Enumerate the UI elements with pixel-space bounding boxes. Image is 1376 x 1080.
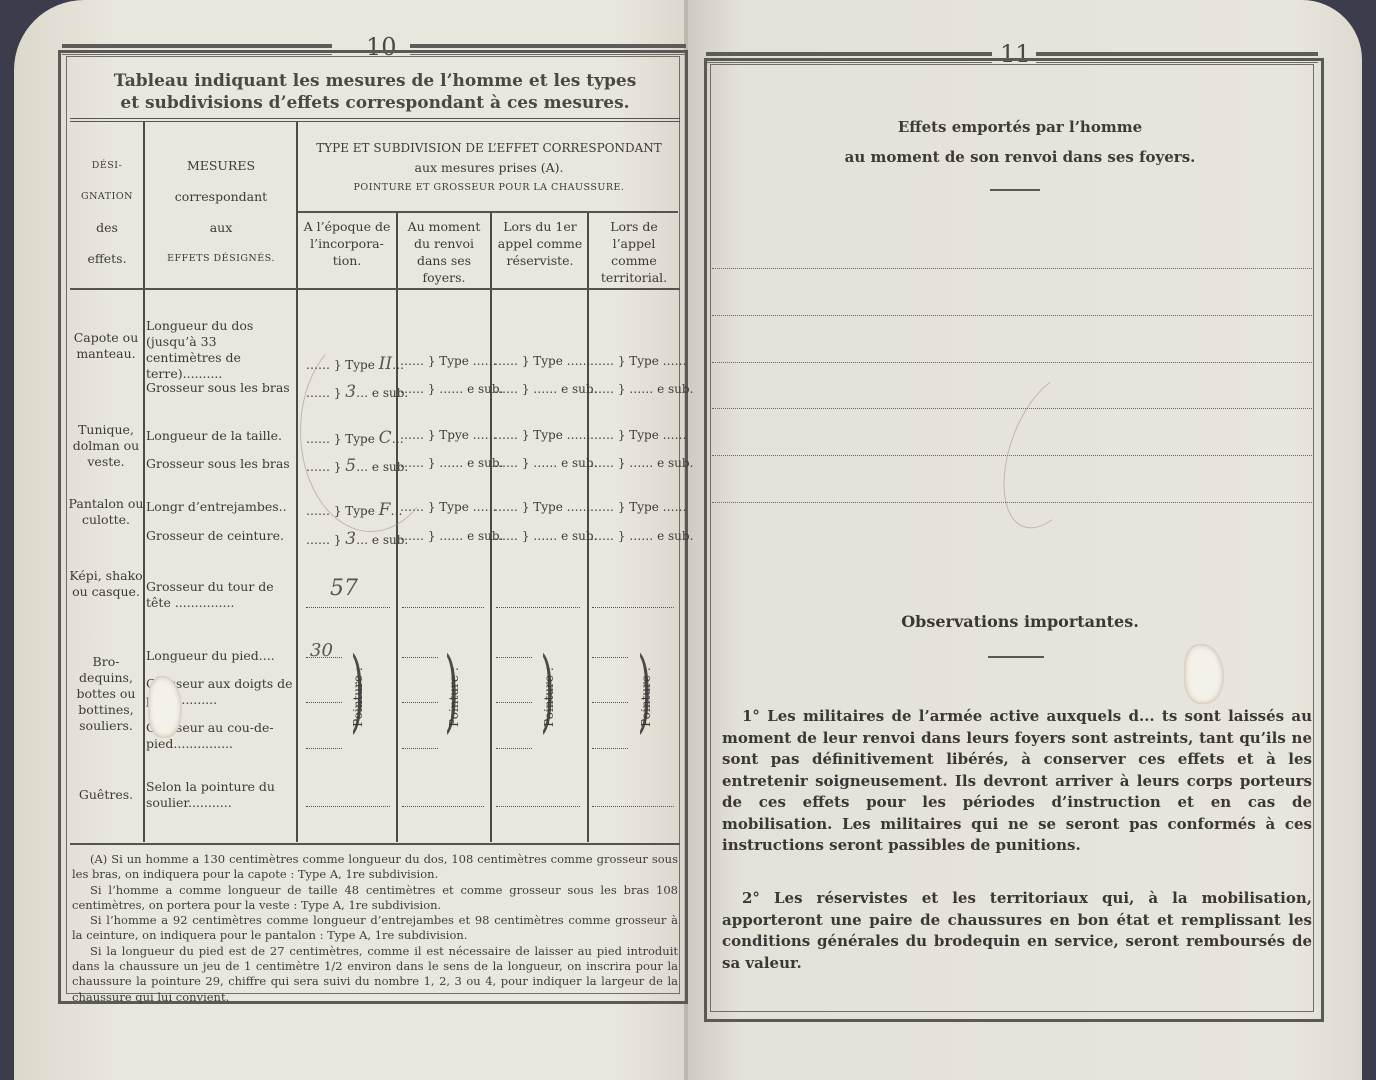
- kepi-field-col1[interactable]: [306, 607, 390, 608]
- type-label: Type: [439, 354, 469, 368]
- measure-capote-grosseur: Grosseur sous les bras: [146, 380, 296, 396]
- slot-tunique-col4[interactable]: …… } Type ……: [590, 428, 687, 442]
- pied-field[interactable]: [402, 657, 438, 658]
- sub-label: e sub.: [657, 382, 693, 396]
- header-mesures-line: aux: [146, 212, 296, 243]
- guetres-field-col4[interactable]: [592, 806, 674, 807]
- slot-pantalon-col3[interactable]: …… } Type ……: [494, 500, 591, 514]
- type-label: Type: [533, 354, 563, 368]
- slot-capote-col4[interactable]: …… } Type ……: [590, 354, 687, 368]
- paper-crease: [300, 330, 442, 532]
- header-rule: [70, 118, 680, 119]
- row-label-brodequins: Bro- dequins, bottes ou bottines, soulie…: [68, 654, 144, 734]
- type-label: Type: [629, 428, 659, 442]
- header-col-incorporation: A l’époque de l’incorpora- tion.: [300, 218, 394, 269]
- pied-field[interactable]: [592, 657, 628, 658]
- pied-field[interactable]: [306, 702, 342, 703]
- right-frame-inner: [710, 64, 1314, 1012]
- guetres-field-col3[interactable]: [496, 806, 580, 807]
- sub-label: e sub.: [657, 456, 693, 470]
- col-divider-1: [143, 122, 145, 842]
- paragraph-1-text: 1° Les militaires de l’armée active auxq…: [722, 707, 1312, 854]
- type-label: Tpye: [439, 428, 469, 442]
- slot-capote-col4-sub[interactable]: …… } …… e sub.: [590, 382, 693, 396]
- pied-field[interactable]: [402, 702, 438, 703]
- slot-tunique-col4-sub[interactable]: …… } …… e sub.: [590, 456, 693, 470]
- slot-tunique-col3-sub[interactable]: …… } …… e sub.: [494, 456, 597, 470]
- effets-blank-line[interactable]: [712, 408, 1312, 409]
- header-designation-line: des: [72, 212, 142, 243]
- header-bottom-rule: [70, 288, 680, 290]
- footnote-paragraph: (A) Si un homme a 130 centimètres comme …: [72, 852, 678, 883]
- pied-field[interactable]: [402, 748, 438, 749]
- title-line-2: et subdivisions d’effets correspondant à…: [70, 92, 680, 114]
- title-line-1: Tableau indiquant les mesures de l’homme…: [70, 70, 680, 92]
- measure-capote-longueur: Longueur du dos (jusqu’à 33 centimètres …: [146, 318, 296, 382]
- handwritten-sub: 3: [345, 529, 356, 549]
- header-mesures-line: EFFETS DÉSIGNÉS.: [146, 243, 296, 274]
- slot-capote-col3-sub[interactable]: …… } …… e sub.: [494, 382, 597, 396]
- measure-pantalon-longueur: Longr d’entrejambes..: [146, 499, 296, 515]
- header-designation-line: GNATION: [72, 181, 142, 212]
- header-type-subdivision: TYPE ET SUBDIVISION DE L’EFFET CORRESPON…: [298, 138, 680, 198]
- pied-field[interactable]: [306, 657, 342, 658]
- pied-field[interactable]: [496, 657, 532, 658]
- header-mesures-line: correspondant: [146, 181, 296, 212]
- measure-kepi-grosseur: Grosseur du tour de tête ...............: [146, 579, 296, 611]
- slot-capote-col3[interactable]: …… } Type ……: [494, 354, 591, 368]
- effets-blank-line[interactable]: [712, 315, 1312, 316]
- effets-title: Effets emportés par l’homme au moment de…: [720, 112, 1320, 172]
- footnote: (A) Si un homme a 130 centimètres comme …: [72, 852, 678, 1005]
- footnote-paragraph: Si l’homme a comme longueur de taille 48…: [72, 883, 678, 914]
- effets-blank-line[interactable]: [712, 268, 1312, 269]
- measure-pied-longueur: Longueur du pied....: [146, 648, 296, 664]
- measure-pantalon-grosseur: Grosseur de ceinture.: [146, 528, 296, 544]
- pointure-label: Pointure :: [447, 667, 461, 727]
- measure-guetres: Selon la pointure du soulier...........: [146, 779, 296, 811]
- effets-title-line-2: au moment de son renvoi dans ses foyers.: [720, 142, 1320, 172]
- observations-title: Observations importantes.: [720, 612, 1320, 631]
- type-label: Type: [533, 500, 563, 514]
- title-separator: [990, 189, 1040, 191]
- pointure-label: Pointure :: [542, 667, 556, 727]
- sub-label: e sub.: [657, 529, 693, 543]
- header-type-sub: aux mesures prises (A).: [298, 158, 680, 178]
- pied-field[interactable]: [592, 702, 628, 703]
- measure-tunique-grosseur: Grosseur sous les bras: [146, 456, 296, 472]
- paragraph-2-text: 2° Les réservistes et les territoriaux q…: [722, 889, 1312, 972]
- header-designation-line: effets.: [72, 243, 142, 274]
- kepi-field-col4[interactable]: [592, 607, 674, 608]
- slot-tunique-col3[interactable]: …… } Type ……: [494, 428, 591, 442]
- pied-field[interactable]: [496, 702, 532, 703]
- handwritten-kepi-size: 57: [330, 576, 358, 601]
- header-mesures: MESURES correspondant aux EFFETS DÉSIGNÉ…: [146, 150, 296, 274]
- table-title: Tableau indiquant les mesures de l’homme…: [70, 70, 680, 114]
- col-divider-3: [396, 212, 398, 842]
- observation-paragraph-1: 1° Les militaires de l’armée active auxq…: [722, 706, 1312, 857]
- pied-field[interactable]: [306, 748, 342, 749]
- slot-pantalon-col4[interactable]: …… } Type ……: [590, 500, 687, 514]
- pointure-label: Pointure :: [351, 667, 365, 727]
- subheader-rule: [298, 211, 678, 213]
- header-type-sub2: POINTURE ET GROSSEUR POUR LA CHAUSSURE.: [298, 178, 680, 198]
- footnote-paragraph: Si l’homme a 92 centimètres comme longue…: [72, 913, 678, 944]
- header-type-title: TYPE ET SUBDIVISION DE L’EFFET CORRESPON…: [298, 138, 680, 158]
- row-label-pantalon: Pantalon ou culotte.: [68, 496, 144, 528]
- col-divider-2: [296, 122, 298, 842]
- type-label: Type: [533, 428, 563, 442]
- row-label-capote: Capote ou manteau.: [68, 330, 144, 362]
- header-mesures-line: MESURES: [146, 150, 296, 181]
- col-divider-4: [490, 212, 492, 842]
- kepi-field-col3[interactable]: [496, 607, 580, 608]
- header-col-territorial: Lors de l’appel comme territorial.: [590, 218, 678, 286]
- pied-field[interactable]: [592, 748, 628, 749]
- guetres-field-col1[interactable]: [306, 806, 390, 807]
- table-bottom-rule: [70, 843, 680, 845]
- type-label: Type: [629, 354, 659, 368]
- pied-field[interactable]: [496, 748, 532, 749]
- col-divider-5: [587, 212, 589, 842]
- effets-blank-line[interactable]: [712, 362, 1312, 363]
- effets-title-line-1: Effets emportés par l’homme: [720, 112, 1320, 142]
- header-col-renvoi: Au moment du renvoi dans ses foyers.: [400, 218, 488, 286]
- header-designation: DÉSI- GNATION des effets.: [72, 150, 142, 274]
- observation-paragraph-2: 2° Les réservistes et les territoriaux q…: [722, 888, 1312, 974]
- kepi-field-col2[interactable]: [402, 607, 484, 608]
- type-label: Type: [439, 500, 469, 514]
- slot-pantalon-col1-sub[interactable]: …… } 3… e sub.: [306, 529, 408, 549]
- observations-separator: [988, 656, 1044, 658]
- pointure-label: Pointure :: [639, 667, 653, 727]
- slot-pantalon-col3-sub[interactable]: …… } …… e sub.: [494, 529, 597, 543]
- measure-tunique-longueur: Longueur de la taille.: [146, 428, 296, 444]
- type-label: Type: [629, 500, 659, 514]
- slot-pantalon-col4-sub[interactable]: …… } …… e sub.: [590, 529, 693, 543]
- row-label-guetres: Guêtres.: [68, 787, 144, 803]
- guetres-field-col2[interactable]: [402, 806, 484, 807]
- row-label-tunique: Tunique, dolman ou veste.: [68, 422, 144, 470]
- header-designation-line: DÉSI-: [72, 150, 142, 181]
- slot-pantalon-col2-sub[interactable]: …… } …… e sub.: [400, 529, 503, 543]
- row-label-kepi: Képi, shako ou casque.: [68, 568, 144, 600]
- footnote-paragraph: Si la longueur du pied est de 27 centimè…: [72, 944, 678, 1005]
- header-rule-2: [70, 121, 680, 122]
- header-col-reserviste: Lors du 1er appel comme réserviste.: [494, 218, 586, 269]
